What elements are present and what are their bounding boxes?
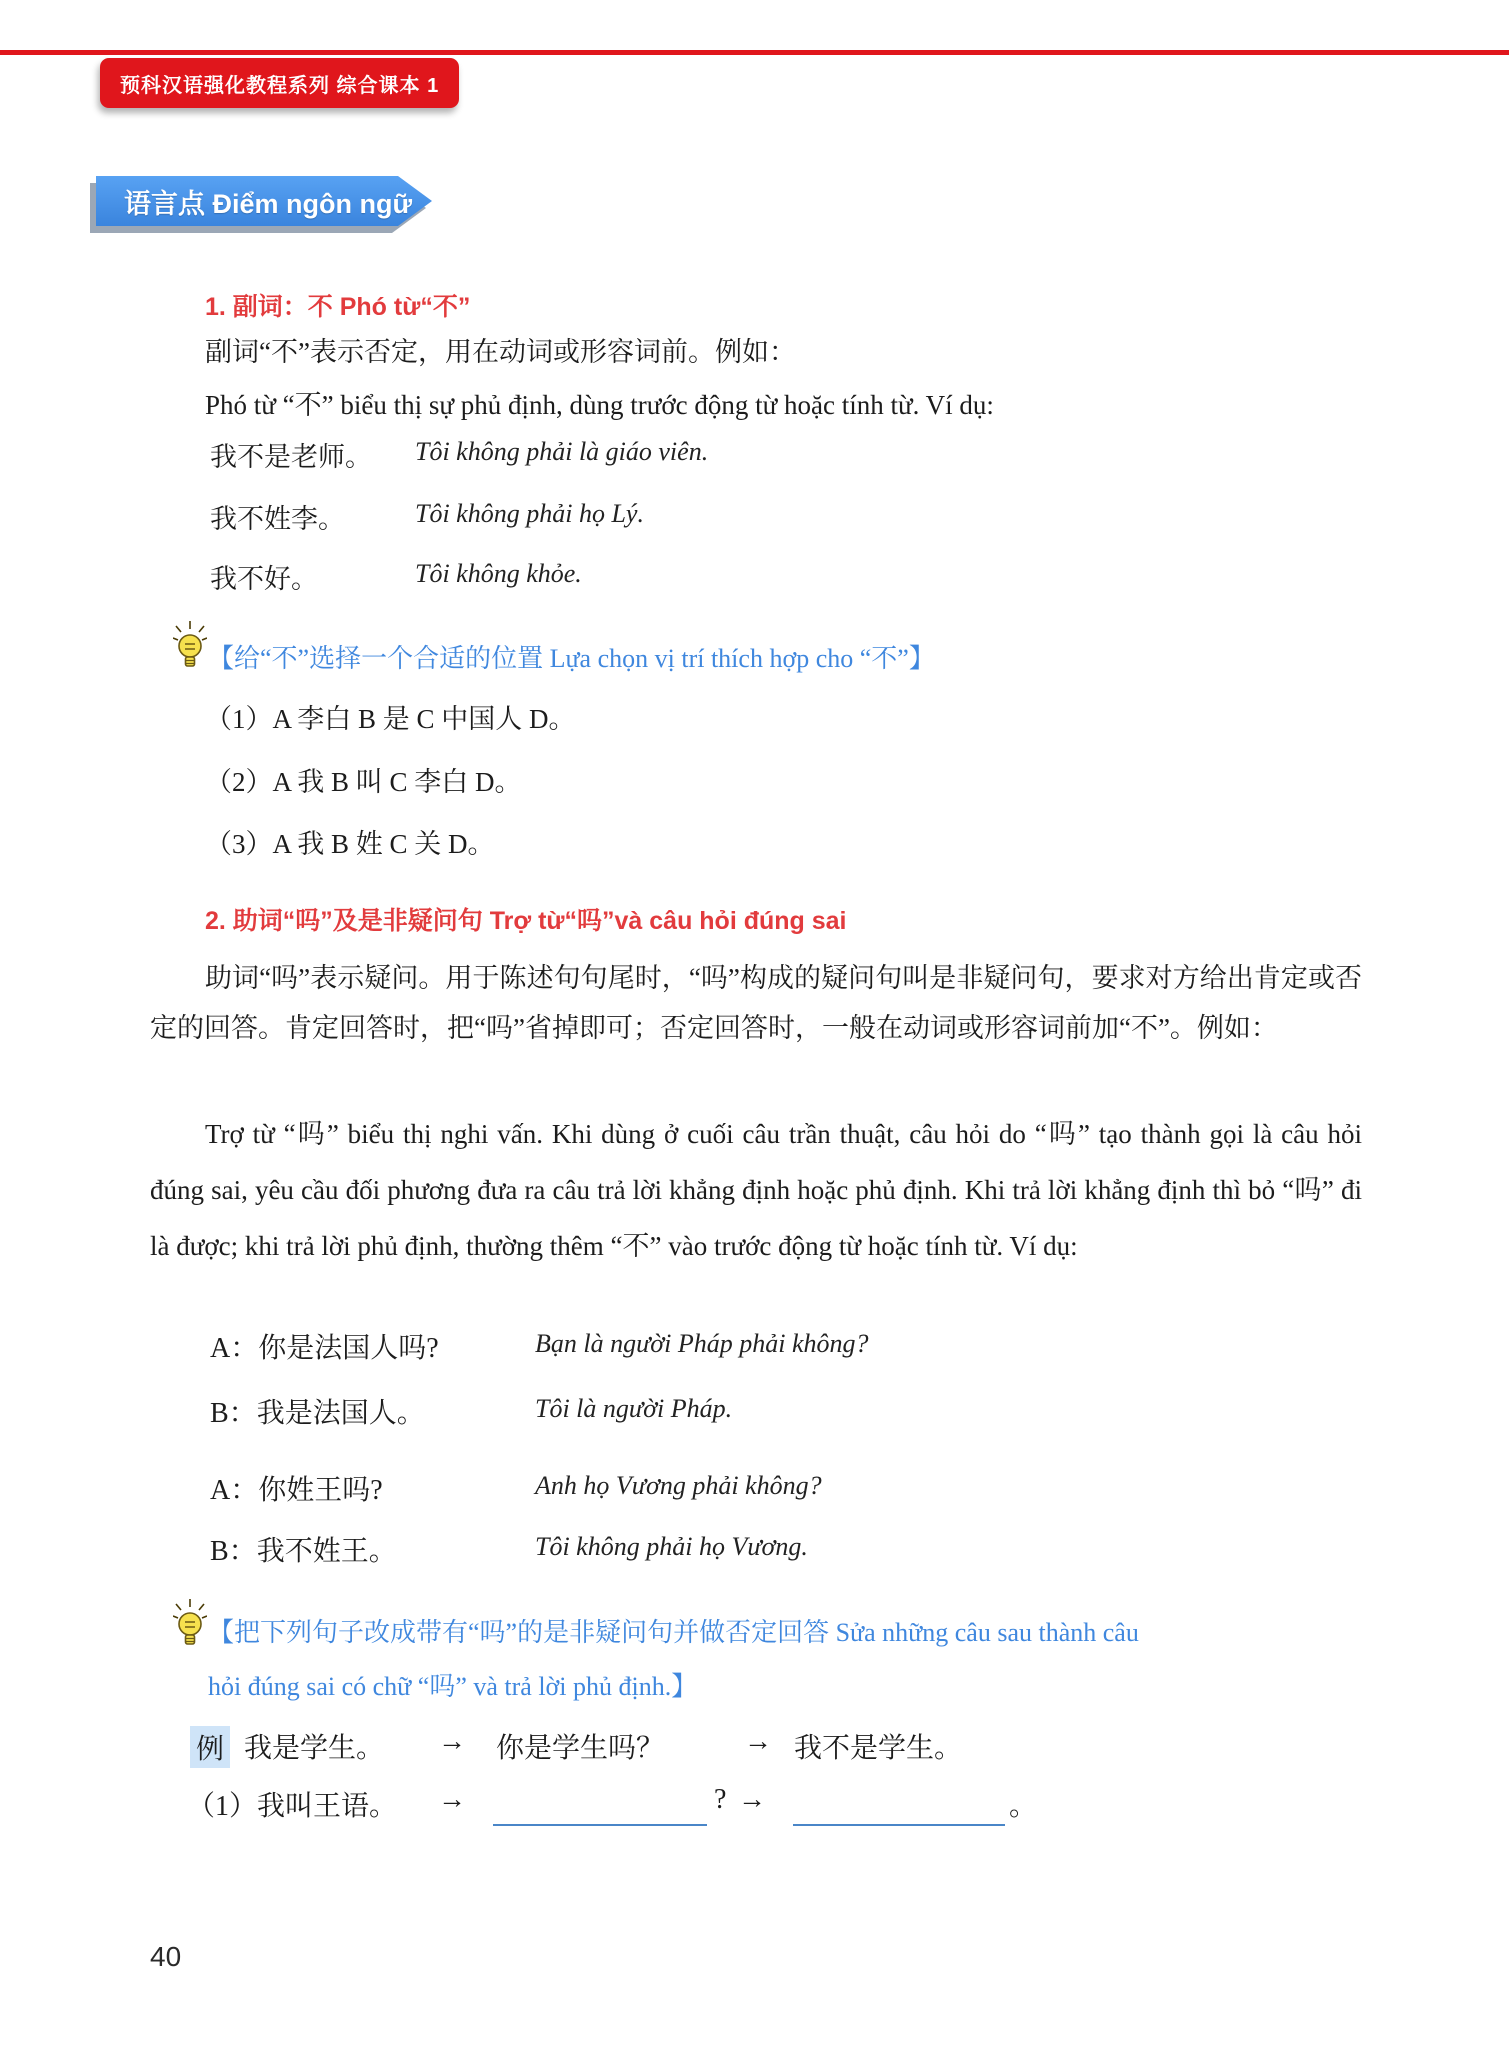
section-banner: 语言点 Điểm ngôn ngữ <box>96 176 432 226</box>
header-rule <box>0 50 1509 55</box>
question-mark: ? <box>714 1784 726 1816</box>
example-chinese: 我不是老师。 <box>210 442 372 472</box>
dialogue-speaker: B： <box>210 1536 257 1567</box>
exercise1-item-1: （1）A 李白 B 是 C 中国人 D。 <box>205 697 576 736</box>
section1-paragraph-vi: Phó từ “不” biểu thị sự phủ định, dùng tr… <box>205 383 994 422</box>
dialogue-vietnamese: Bạn là người Pháp phải không? <box>535 1329 869 1359</box>
example-row: 我不好。 Tôi không khỏe. <box>210 557 318 597</box>
example-chinese: 我不好。 <box>210 564 318 594</box>
period-mark: 。 <box>1009 1784 1037 1824</box>
header-badge: 预科汉语强化教程系列 综合课本 1 <box>100 58 459 108</box>
page-number: 40 <box>150 1941 181 1973</box>
example-question: 你是学生吗？ <box>496 1726 664 1766</box>
example-vietnamese: Tôi không phải là giáo viên. <box>415 437 708 467</box>
dialogue-row: B：我是法国人。 Tôi là người Pháp. <box>210 1391 425 1433</box>
banner-label: 语言点 Điểm ngôn ngữ <box>96 182 412 221</box>
arrow-icon: → <box>438 1726 466 1758</box>
dialogue-row: B：我不姓王。 Tôi không phải họ Vương. <box>210 1529 397 1571</box>
arrow-icon: → <box>438 1784 466 1816</box>
dialogue-row: A：你是法国人吗? Bạn là người Pháp phải không? <box>210 1326 439 1368</box>
answer-blank-answer <box>793 1790 1005 1826</box>
section2-paragraph-zh: 助词“吗”表示疑问。用于陈述句句尾时，“吗”构成的疑问句叫是非疑问句，要求对方给… <box>150 953 1362 1053</box>
series-title: 预科汉语强化教程系列 综合课本 1 <box>120 69 439 98</box>
example-vietnamese: Tôi không khỏe. <box>415 559 582 589</box>
dialogue-chinese: 我是法国人。 <box>257 1398 425 1429</box>
dialogue-chinese: 你是法国人吗? <box>258 1333 438 1364</box>
dialogue-vietnamese: Anh họ Vương phải không? <box>535 1471 822 1501</box>
dialogue-speaker: B： <box>210 1398 257 1429</box>
dialogue-chinese: 我不姓王。 <box>257 1536 397 1567</box>
example-row: 我不姓李。 Tôi không phải họ Lý. <box>210 497 345 537</box>
exercise2-prompt-line2: hỏi đúng sai có chữ “吗” và trả lời phủ đ… <box>208 1666 697 1703</box>
example-chinese: 我不姓李。 <box>210 504 345 534</box>
section2-paragraph-vi: Trợ từ “吗” biểu thị nghi vấn. Khi dùng ở… <box>150 1106 1362 1274</box>
example-answer: 我不是学生。 <box>794 1726 962 1766</box>
section2-heading: 2. 助词“吗”及是非疑问句 Trợ từ“吗”và câu hỏi đúng … <box>205 901 847 937</box>
example-vietnamese: Tôi không phải họ Lý. <box>415 499 644 529</box>
lightbulb-icon <box>173 620 207 674</box>
dialogue-row: A：你姓王吗? Anh họ Vương phải không? <box>210 1468 383 1510</box>
lightbulb-icon <box>173 1598 207 1652</box>
dialogue-speaker: A： <box>210 1333 258 1364</box>
exercise2-prompt-line1: 【把下列句子改成带有“吗”的是非疑问句并做否定回答 Sửa những câu … <box>208 1612 1139 1649</box>
answer-blank-question <box>493 1790 707 1826</box>
dialogue-chinese: 你姓王吗? <box>258 1475 382 1506</box>
arrow-icon: → <box>744 1726 772 1758</box>
example-label: 例 <box>190 1726 230 1768</box>
textbook-page: 预科汉语强化教程系列 综合课本 1 语言点 Điểm ngôn ngữ 1. 副… <box>0 0 1509 2048</box>
exercise1-prompt: 【给“不”选择一个合适的位置 Lựa chọn vị trí thích hợp… <box>208 638 935 675</box>
example-source: 我是学生。 <box>244 1726 384 1766</box>
section1-heading: 1. 副词：不 Phó từ“不” <box>205 287 470 323</box>
exercise1-item-2: （2）A 我 B 叫 C 李白 D。 <box>205 760 522 799</box>
arrow-icon: → <box>738 1784 766 1816</box>
section1-paragraph-zh: 副词“不”表示否定，用在动词或形容词前。例如： <box>205 330 796 369</box>
item1-source: （1）我叫王语。 <box>187 1784 397 1824</box>
dialogue-speaker: A： <box>210 1475 258 1506</box>
example-row: 我不是老师。 Tôi không phải là giáo viên. <box>210 435 372 475</box>
exercise1-item-3: （3）A 我 B 姓 C 关 D。 <box>205 822 495 861</box>
dialogue-vietnamese: Tôi là người Pháp. <box>535 1394 732 1424</box>
dialogue-vietnamese: Tôi không phải họ Vương. <box>535 1532 808 1562</box>
